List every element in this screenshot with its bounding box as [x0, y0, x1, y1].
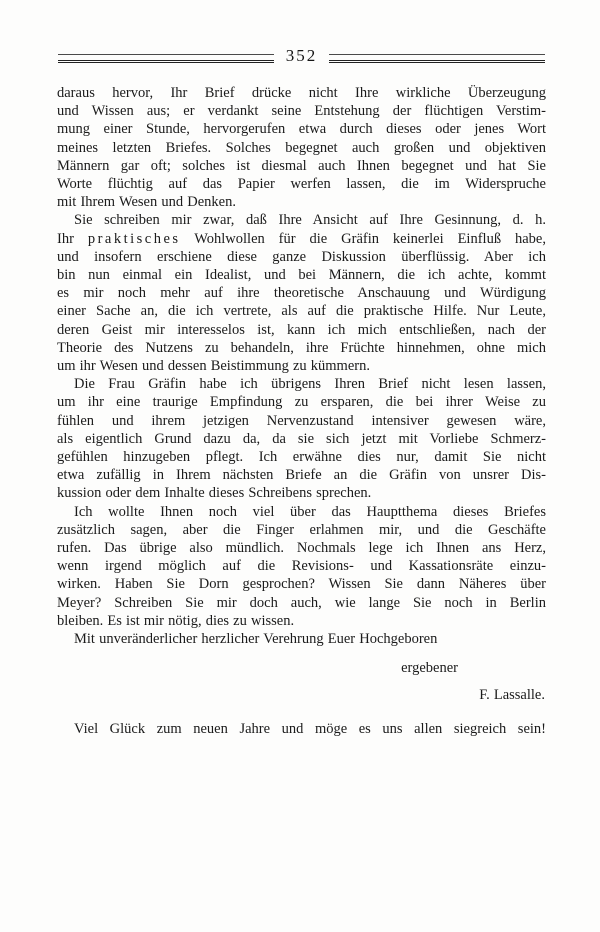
header-rule-right	[329, 54, 545, 63]
postscript: Viel Glück zum neuen Jahre und möge es u…	[57, 720, 546, 738]
paragraph: Die Frau Gräfin habe ich übrigens Ihren …	[57, 375, 546, 502]
text-line: meines letzten Briefes. Solches begegnet…	[57, 139, 546, 157]
header-rule-left	[58, 54, 274, 63]
text-line: mit Ihrem Wesen und Denken.	[57, 193, 546, 211]
letter-body: daraus hervor, Ihr Brief drücke nicht Ih…	[57, 84, 546, 738]
text-line: bleiben. Es ist mir nötig, dies zu wisse…	[57, 612, 546, 630]
text-line: um ihr Wesen und dessen Beistimmung zu k…	[57, 357, 546, 375]
text-line: wenn irgend möglich auf die Revisions- u…	[57, 557, 546, 575]
letter-paragraphs: daraus hervor, Ihr Brief drücke nicht Ih…	[57, 84, 546, 648]
text-line: deren Geist mir interesselos ist, kann i…	[57, 321, 546, 339]
text-line: Ich wollte Ihnen noch viel über das Haup…	[57, 503, 546, 521]
paragraph: Sie schreiben mir zwar, daß Ihre Ansicht…	[57, 211, 546, 375]
text-line: es mir noch mehr auf ihre theoretische A…	[57, 284, 546, 302]
text-line: Männern gar oft; solches ist diesmal auc…	[57, 157, 546, 175]
text-line: rufen. Das übrige also mündlich. Nochmal…	[57, 539, 546, 557]
text-line: einer Sache an, die ich vertrete, als au…	[57, 302, 546, 320]
text-line: Die Frau Gräfin habe ich übrigens Ihren …	[57, 375, 546, 393]
text-line: und insofern erschiene diese ganze Disku…	[57, 248, 546, 266]
paragraph: daraus hervor, Ihr Brief drücke nicht Ih…	[57, 84, 546, 211]
text-line: mung einer Stunde, hervorgerufen etwa du…	[57, 120, 546, 138]
text-line: Worte flüchtig auf das Papier werfen las…	[57, 175, 546, 193]
text-line: kussion oder dem Inhalte dieses Schreibe…	[57, 484, 546, 502]
text-line: daraus hervor, Ihr Brief drücke nicht Ih…	[57, 84, 546, 102]
text-line: Theorie des Nutzens zu behandeln, ihre F…	[57, 339, 546, 357]
text-line: zusätzlich sagen, aber die Finger erlahm…	[57, 521, 546, 539]
book-page: 352 daraus hervor, Ihr Brief drücke nich…	[0, 0, 600, 932]
text-line: fühlen und ihrem jetzigen Nervenzustand …	[57, 412, 546, 430]
text-line: Meyer? Schreiben Sie mir doch auch, wie …	[57, 594, 546, 612]
text-line: gefühlen hinzugeben pflegt. Ich erwähne …	[57, 448, 546, 466]
text-line: etwa zufällig in Ihrem nächsten Briefe a…	[57, 466, 546, 484]
signature: F. Lassalle.	[57, 686, 546, 704]
text-line: bin nun einmal ein Idealist, und bei Män…	[57, 266, 546, 284]
paragraph: Mit unveränderlicher herzlicher Verehrun…	[57, 630, 546, 648]
text-line: und Wissen aus; er verdankt seine Entste…	[57, 102, 546, 120]
paragraph: Ich wollte Ihnen noch viel über das Haup…	[57, 503, 546, 630]
text-line: Ihr praktisches Wohlwollen für die Gräfi…	[57, 230, 546, 248]
text-line: Sie schreiben mir zwar, daß Ihre Ansicht…	[57, 211, 546, 229]
text-line: um ihr eine traurige Empfindung zu erspa…	[57, 393, 546, 411]
signoff: ergebener	[57, 659, 546, 677]
text-line: Mit unveränderlicher herzlicher Verehrun…	[57, 630, 546, 648]
text-line: wirken. Haben Sie Dorn gesprochen? Wisse…	[57, 575, 546, 593]
text-line: als eigentlich Grund dazu da, da sie sic…	[57, 430, 546, 448]
running-head: 352	[58, 47, 545, 69]
letterspaced-emphasis: praktisches	[88, 231, 181, 247]
page-number: 352	[274, 46, 330, 66]
